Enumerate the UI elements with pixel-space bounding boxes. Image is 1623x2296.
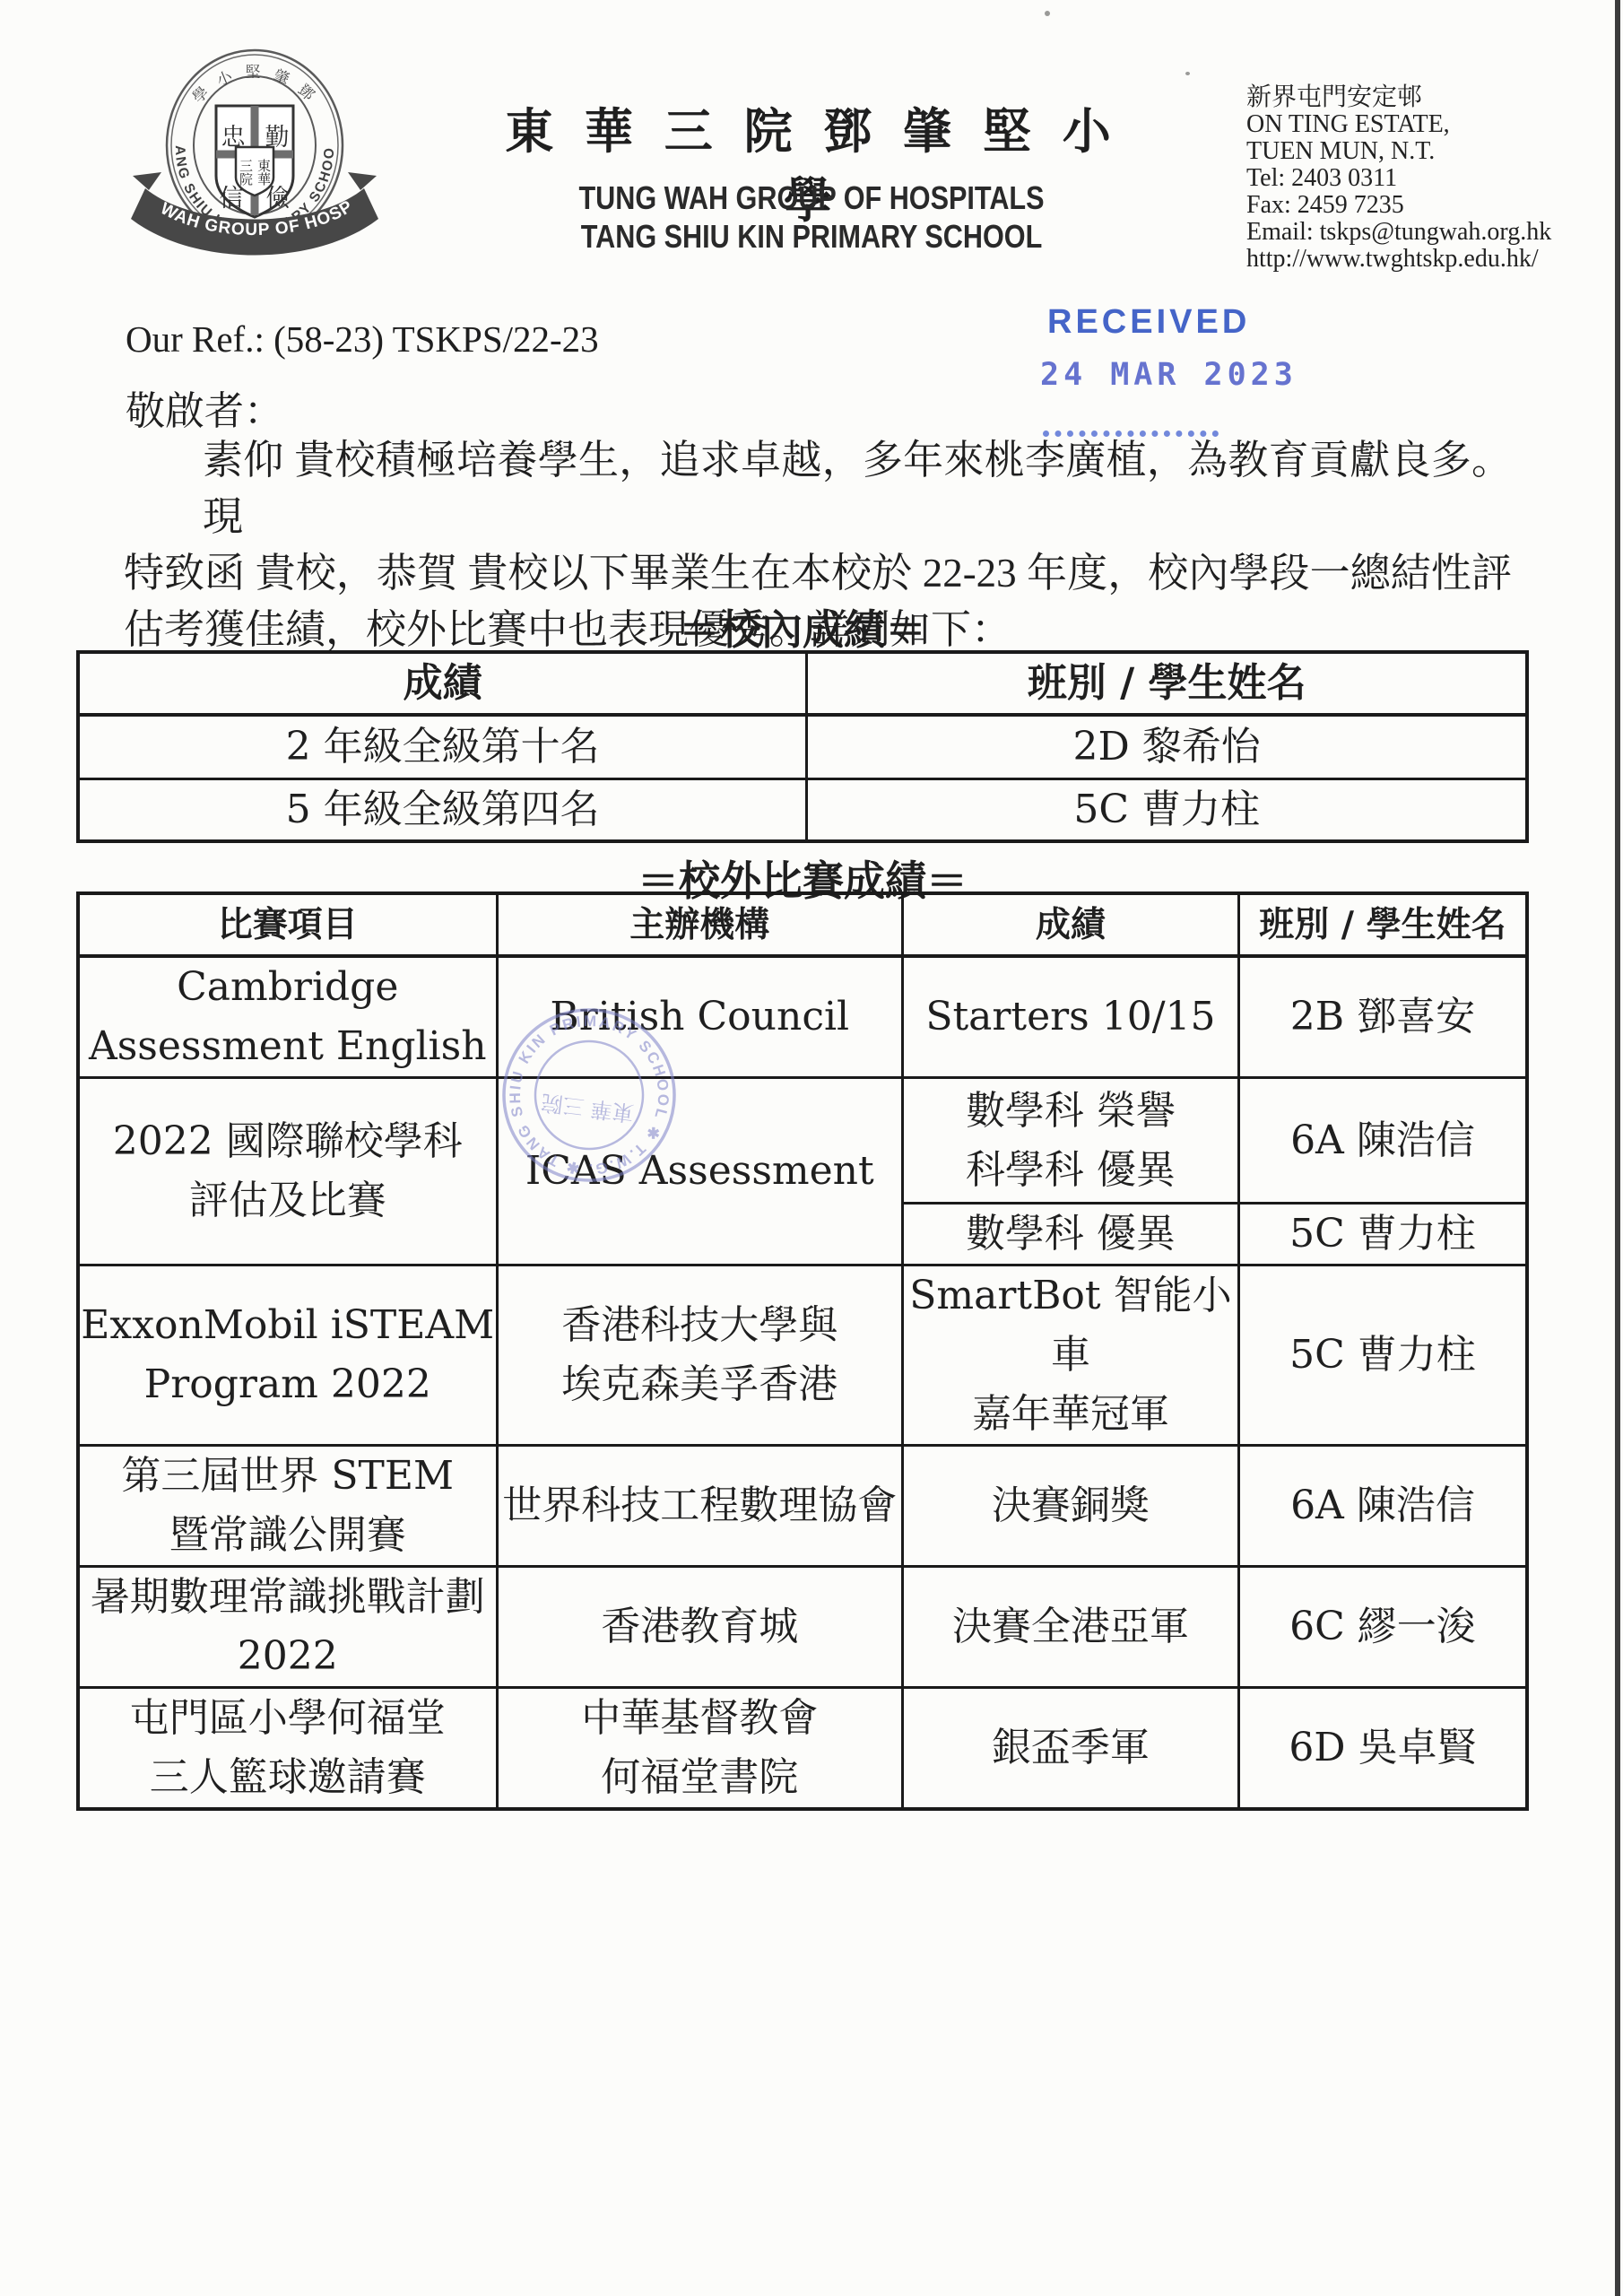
column-header-organiser: 主辦機構 [497, 893, 902, 956]
table-row: 暑期數理常識挑戰計劃 2022 香港教育城 決賽全港亞軍 6C 繆一浚 [78, 1567, 1527, 1688]
school-name-english-line1: TUNG WAH GROUP OF HOSPITALS [537, 179, 1086, 217]
address-line-fax: Fax: 2459 7235 [1246, 192, 1605, 219]
table-row: 2022 國際聯校學科 評估及比賽 ICAS Assessment 數學科 榮譽… [78, 1078, 1527, 1204]
organiser-cell: 中華基督教會 何福堂書院 [497, 1688, 902, 1810]
received-stamp-label: RECEIVED [1047, 303, 1250, 342]
table-header-row: 成績 班別 / 學生姓名 [78, 652, 1527, 715]
organiser-cell: British Council [497, 956, 902, 1078]
school-name-english-line2: TANG SHIU KIN PRIMARY SCHOOL [537, 218, 1086, 256]
student-cell: 5C 曹力柱 [807, 778, 1527, 841]
table-row: 第三屆世界 STEM 暨常識公開賽 世界科技工程數理協會 決賽銅獎 6A 陳浩信 [78, 1446, 1527, 1567]
scanned-letter-page: 學 小 堅 肇 鄧 TANG SHIU KIN PRIMARY SCHOOL 忠… [0, 0, 1623, 2296]
address-line-estate: ON TING ESTATE, [1246, 111, 1605, 138]
column-header-event: 比賽項目 [78, 893, 497, 956]
event-cell: 屯門區小學何福堂 三人籃球邀請賽 [78, 1688, 497, 1810]
result-cell: 數學科 榮譽 科學科 優異 [902, 1078, 1238, 1204]
crest-virtue-trust: 信 [220, 185, 244, 213]
student-cell: 5C 曹力柱 [1238, 1204, 1527, 1265]
result-cell: 決賽全港亞軍 [902, 1567, 1238, 1688]
result-cell: SmartBot 智能小車 嘉年華冠軍 [902, 1265, 1238, 1446]
student-cell: 6A 陳浩信 [1238, 1078, 1527, 1204]
address-line-tel: Tel: 2403 0311 [1246, 165, 1605, 192]
body-line-2: 特致函 貴校，恭賀 貴校以下畢業生在本校於 22-23 年度，校內學段一總結性評 [124, 545, 1512, 602]
event-cell: Cambridge Assessment English [78, 956, 497, 1078]
crest-virtue-thrift: 儉 [266, 185, 291, 213]
student-cell: 2D 黎希怡 [807, 715, 1527, 778]
internal-results-title: ＝校內成績＝ [76, 597, 1529, 657]
student-cell: 6A 陳浩信 [1238, 1446, 1527, 1567]
school-crest-logo: 學 小 堅 肇 鄧 TANG SHIU KIN PRIMARY SCHOOL 忠… [131, 41, 378, 276]
column-header-student: 班別 / 學生姓名 [807, 652, 1527, 715]
address-line-email: Email: tskps@tungwah.org.hk [1246, 219, 1605, 246]
organiser-cell: 香港教育城 [497, 1567, 902, 1688]
salutation: 敬啟者： [126, 378, 283, 436]
internal-results-table: 成績 班別 / 學生姓名 2 年級全級第十名 2D 黎希怡 5 年級全級第四名 … [76, 650, 1529, 843]
organiser-cell: 香港科技大學與 埃克森美孚香港 [497, 1265, 902, 1446]
table-row: Cambridge Assessment English British Cou… [78, 956, 1527, 1078]
external-results-table: 比賽項目 主辦機構 成績 班別 / 學生姓名 Cambridge Assessm… [76, 891, 1529, 1811]
school-address-block: 新界屯門安定邨 ON TING ESTATE, TUEN MUN, N.T. T… [1246, 84, 1605, 273]
result-cell: Starters 10/15 [902, 956, 1238, 1078]
scan-speck [1185, 72, 1190, 75]
address-line-district: TUEN MUN, N.T. [1246, 138, 1605, 165]
organiser-cell: ICAS Assessment [497, 1078, 902, 1265]
table-header-row: 比賽項目 主辦機構 成績 班別 / 學生姓名 [78, 893, 1527, 956]
table-row: 屯門區小學何福堂 三人籃球邀請賽 中華基督教會 何福堂書院 銀盃季軍 6D 吳卓… [78, 1688, 1527, 1810]
result-cell: 2 年級全級第十名 [78, 715, 807, 778]
received-stamp-date: 24 MAR 2023 [1040, 357, 1298, 393]
crest-centre-left-col: 三院 [238, 159, 254, 186]
body-line-1: 素仰 貴校積極培養學生，追求卓越，多年來桃李廣植，為教育貢獻良多。現 [124, 432, 1512, 545]
table-row: 2 年級全級第十名 2D 黎希怡 [78, 715, 1527, 778]
result-cell: 數學科 優異 [902, 1204, 1238, 1265]
scan-speck [1045, 11, 1050, 16]
column-header-student: 班別 / 學生姓名 [1238, 893, 1527, 956]
event-cell: 2022 國際聯校學科 評估及比賽 [78, 1078, 497, 1265]
event-cell: 第三屆世界 STEM 暨常識公開賽 [78, 1446, 497, 1567]
crest-centre-right-col: 東華 [256, 159, 272, 186]
reference-number-line: Our Ref.: (58-23) TSKPS/22-23 [126, 317, 599, 361]
address-line-website: http://www.twghtskp.edu.hk/ [1246, 246, 1605, 273]
event-cell: 暑期數理常識挑戰計劃 2022 [78, 1567, 497, 1688]
organiser-cell: 世界科技工程數理協會 [497, 1446, 902, 1567]
scan-edge-artifact-line [1615, 0, 1620, 2296]
result-cell: 5 年級全級第四名 [78, 778, 807, 841]
student-cell: 2B 鄧喜安 [1238, 956, 1527, 1078]
student-cell: 6D 吳卓賢 [1238, 1688, 1527, 1810]
student-cell: 6C 繆一浚 [1238, 1567, 1527, 1688]
table-row: ExxonMobil iSTEAM Program 2022 香港科技大學與 埃… [78, 1265, 1527, 1446]
result-cell: 銀盃季軍 [902, 1688, 1238, 1810]
column-header-result: 成績 [78, 652, 807, 715]
event-cell: ExxonMobil iSTEAM Program 2022 [78, 1265, 497, 1446]
column-header-result: 成績 [902, 893, 1238, 956]
student-cell: 5C 曹力柱 [1238, 1265, 1527, 1446]
result-cell: 決賽銅獎 [902, 1446, 1238, 1567]
table-row: 5 年級全級第四名 5C 曹力柱 [78, 778, 1527, 841]
address-line-zh: 新界屯門安定邨 [1246, 84, 1605, 111]
